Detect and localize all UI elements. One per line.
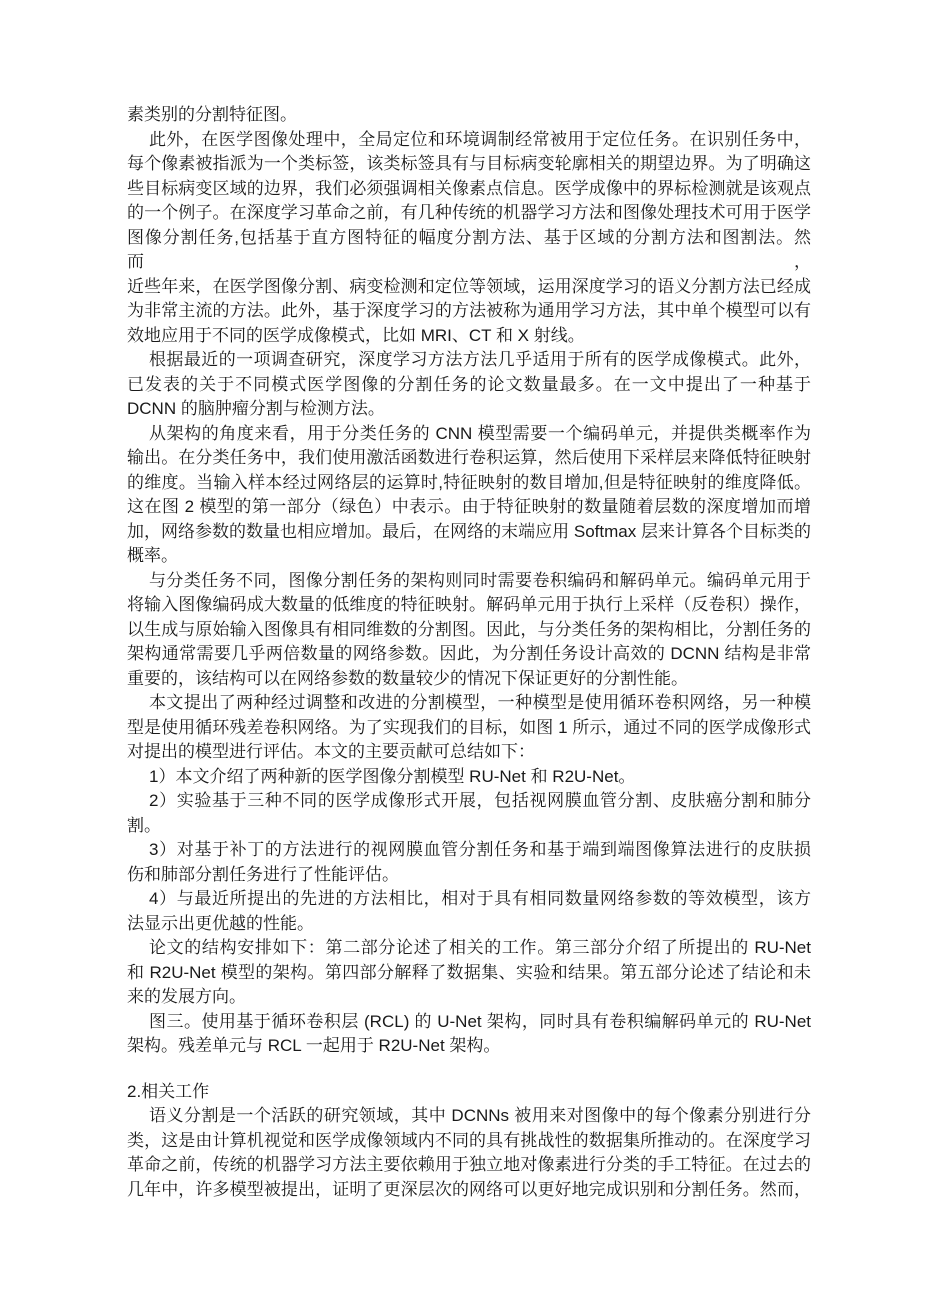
paragraph: 与分类任务不同，图像分割任务的架构则同时需要卷积编码和解码单元。编码单元用于将输… [127,569,811,692]
text-line: 些目标病变区域的边界，我们必须强调相关像素点信息。医学成像中的界标检测就是该观点 [127,177,811,202]
text-line: 架构。残差单元与 RCL 一起用于 R2U-Net 架构。 [127,1034,811,1059]
paragraph: 素类别的分割特征图。 [127,103,811,128]
text-line: 2.相关工作 [127,1080,811,1105]
paragraph: 此外，在医学图像处理中，全局定位和环境调制经常被用于定位任务。在识别任务中，每个… [127,128,811,349]
text-line: 架构通常需要几乎两倍数量的网络参数。因此，为分割任务设计高效的 DCNN 结构是… [127,642,811,667]
text-line: DCNN 的脑肿瘤分割与检测方法。 [127,397,811,422]
text-line: 每个像素被指派为一个类标签，该类标签具有与目标病变轮廓相关的期望边界。为了明确这 [127,152,811,177]
text-line: 3）对基于补丁的方法进行的视网膜血管分割任务和基于端到端图像算法进行的皮肤损 [127,838,811,863]
text-line: 1）本文介绍了两种新的医学图像分割模型 RU-Net 和 R2U-Net。 [127,765,811,790]
section-heading: 2.相关工作 [127,1080,811,1105]
text-line: 将输入图像编码成大数量的低维度的特征映射。解码单元用于执行上采样（反卷积）操作， [127,593,811,618]
text-line: 的一个例子。在深度学习革命之前，有几种传统的机器学习方法和图像处理技术可用于医学 [127,201,811,226]
paragraph: 图三。使用基于循环卷积层 (RCL) 的 U-Net 架构，同时具有卷积编解码单… [127,1010,811,1059]
text-line: 2）实验基于三种不同的医学成像形式开展，包括视网膜血管分割、皮肤癌分割和肺分 [127,789,811,814]
text-line: 型是使用循环残差卷积网络。为了实现我们的目标，如图 1 所示，通过不同的医学成像… [127,716,811,741]
document-body: 素类别的分割特征图。此外，在医学图像处理中，全局定位和环境调制经常被用于定位任务… [127,103,811,1202]
text-line: 图三。使用基于循环卷积层 (RCL) 的 U-Net 架构，同时具有卷积编解码单… [127,1010,811,1035]
text-line: 这在图 2 模型的第一部分（绿色）中表示。由于特征映射的数量随着层数的深度增加而… [127,495,811,520]
text-line: 割。 [127,814,811,839]
paragraph: 论文的结构安排如下：第二部分论述了相关的工作。第三部分介绍了所提出的 RU-Ne… [127,936,811,1010]
paragraph: 1）本文介绍了两种新的医学图像分割模型 RU-Net 和 R2U-Net。 [127,765,811,790]
text-line: 根据最近的一项调查研究，深度学习方法方法几乎适用于所有的医学成像模式。此外， [127,348,811,373]
text-line: 与分类任务不同，图像分割任务的架构则同时需要卷积编码和解码单元。编码单元用于 [127,569,811,594]
text-line: 概率。 [127,544,811,569]
text-line: 图像分割任务,包括基于直方图特征的幅度分割方法、基于区域的分割方法和图割法。然而… [127,226,811,275]
text-line: 类，这是由计算机视觉和医学成像领域内不同的具有挑战性的数据集所推动的。在深度学习 [127,1129,811,1154]
paragraph: 本文提出了两种经过调整和改进的分割模型，一种模型是使用循环卷积网络，另一种模型是… [127,691,811,765]
document-page: 素类别的分割特征图。此外，在医学图像处理中，全局定位和环境调制经常被用于定位任务… [0,0,925,1309]
text-line: 从架构的角度来看，用于分类任务的 CNN 模型需要一个编码单元，并提供类概率作为 [127,422,811,447]
text-line: 4）与最近所提出的先进的方法相比，相对于具有相同数量网络参数的等效模型，该方 [127,887,811,912]
text-line: 法显示出更优越的性能。 [127,912,811,937]
text-line: 革命之前，传统的机器学习方法主要依赖用于独立地对像素进行分类的手工特征。在过去的 [127,1153,811,1178]
paragraph: 语义分割是一个活跃的研究领域，其中 DCNNs 被用来对图像中的每个像素分别进行… [127,1104,811,1202]
text-line: 近些年来，在医学图像分割、病变检测和定位等领域，运用深度学习的语义分割方法已经成 [127,275,811,300]
paragraph: 4）与最近所提出的先进的方法相比，相对于具有相同数量网络参数的等效模型，该方法显… [127,887,811,936]
paragraph: 从架构的角度来看，用于分类任务的 CNN 模型需要一个编码单元，并提供类概率作为… [127,422,811,569]
text-line: 以生成与原始输入图像具有相同维数的分割图。因此，与分类任务的架构相比，分割任务的 [127,618,811,643]
text-line: 伤和肺部分割任务进行了性能评估。 [127,863,811,888]
text-line: 已发表的关于不同模式医学图像的分割任务的论文数量最多。在一文中提出了一种基于 [127,373,811,398]
text-line: 语义分割是一个活跃的研究领域，其中 DCNNs 被用来对图像中的每个像素分别进行… [127,1104,811,1129]
text-line: 对提出的模型进行评估。本文的主要贡献可总结如下： [127,740,811,765]
text-line: 此外，在医学图像处理中，全局定位和环境调制经常被用于定位任务。在识别任务中， [127,128,811,153]
paragraph: 2）实验基于三种不同的医学成像形式开展，包括视网膜血管分割、皮肤癌分割和肺分割。 [127,789,811,838]
text-line: 素类别的分割特征图。 [127,103,811,128]
text-line: 重要的，该结构可以在网络参数的数量较少的情况下保证更好的分割性能。 [127,667,811,692]
text-line: 输出。在分类任务中，我们使用激活函数进行卷积运算，然后使用下采样层来降低特征映射 [127,446,811,471]
text-line: 本文提出了两种经过调整和改进的分割模型，一种模型是使用循环卷积网络，另一种模 [127,691,811,716]
paragraph: 3）对基于补丁的方法进行的视网膜血管分割任务和基于端到端图像算法进行的皮肤损伤和… [127,838,811,887]
paragraph: 根据最近的一项调查研究，深度学习方法方法几乎适用于所有的医学成像模式。此外，已发… [127,348,811,422]
text-line: 的维度。当输入样本经过网络层的运算时,特征映射的数目增加,但是特征映射的维度降低… [127,471,811,496]
text-line: 和 R2U-Net 模型的架构。第四部分解释了数据集、实验和结果。第五部分论述了… [127,961,811,986]
text-line: 效地应用于不同的医学成像模式，比如 MRI、CT 和 X 射线。 [127,324,811,349]
text-line: 加，网络参数的数量也相应增加。最后，在网络的末端应用 Softmax 层来计算各… [127,520,811,545]
text-line: 为非常主流的方法。此外，基于深度学习的方法被称为通用学习方法，其中单个模型可以有 [127,299,811,324]
text-line: 论文的结构安排如下：第二部分论述了相关的工作。第三部分介绍了所提出的 RU-Ne… [127,936,811,961]
text-line: 几年中，许多模型被提出，证明了更深层次的网络可以更好地完成识别和分割任务。然而， [127,1178,811,1203]
text-line: 来的发展方向。 [127,985,811,1010]
